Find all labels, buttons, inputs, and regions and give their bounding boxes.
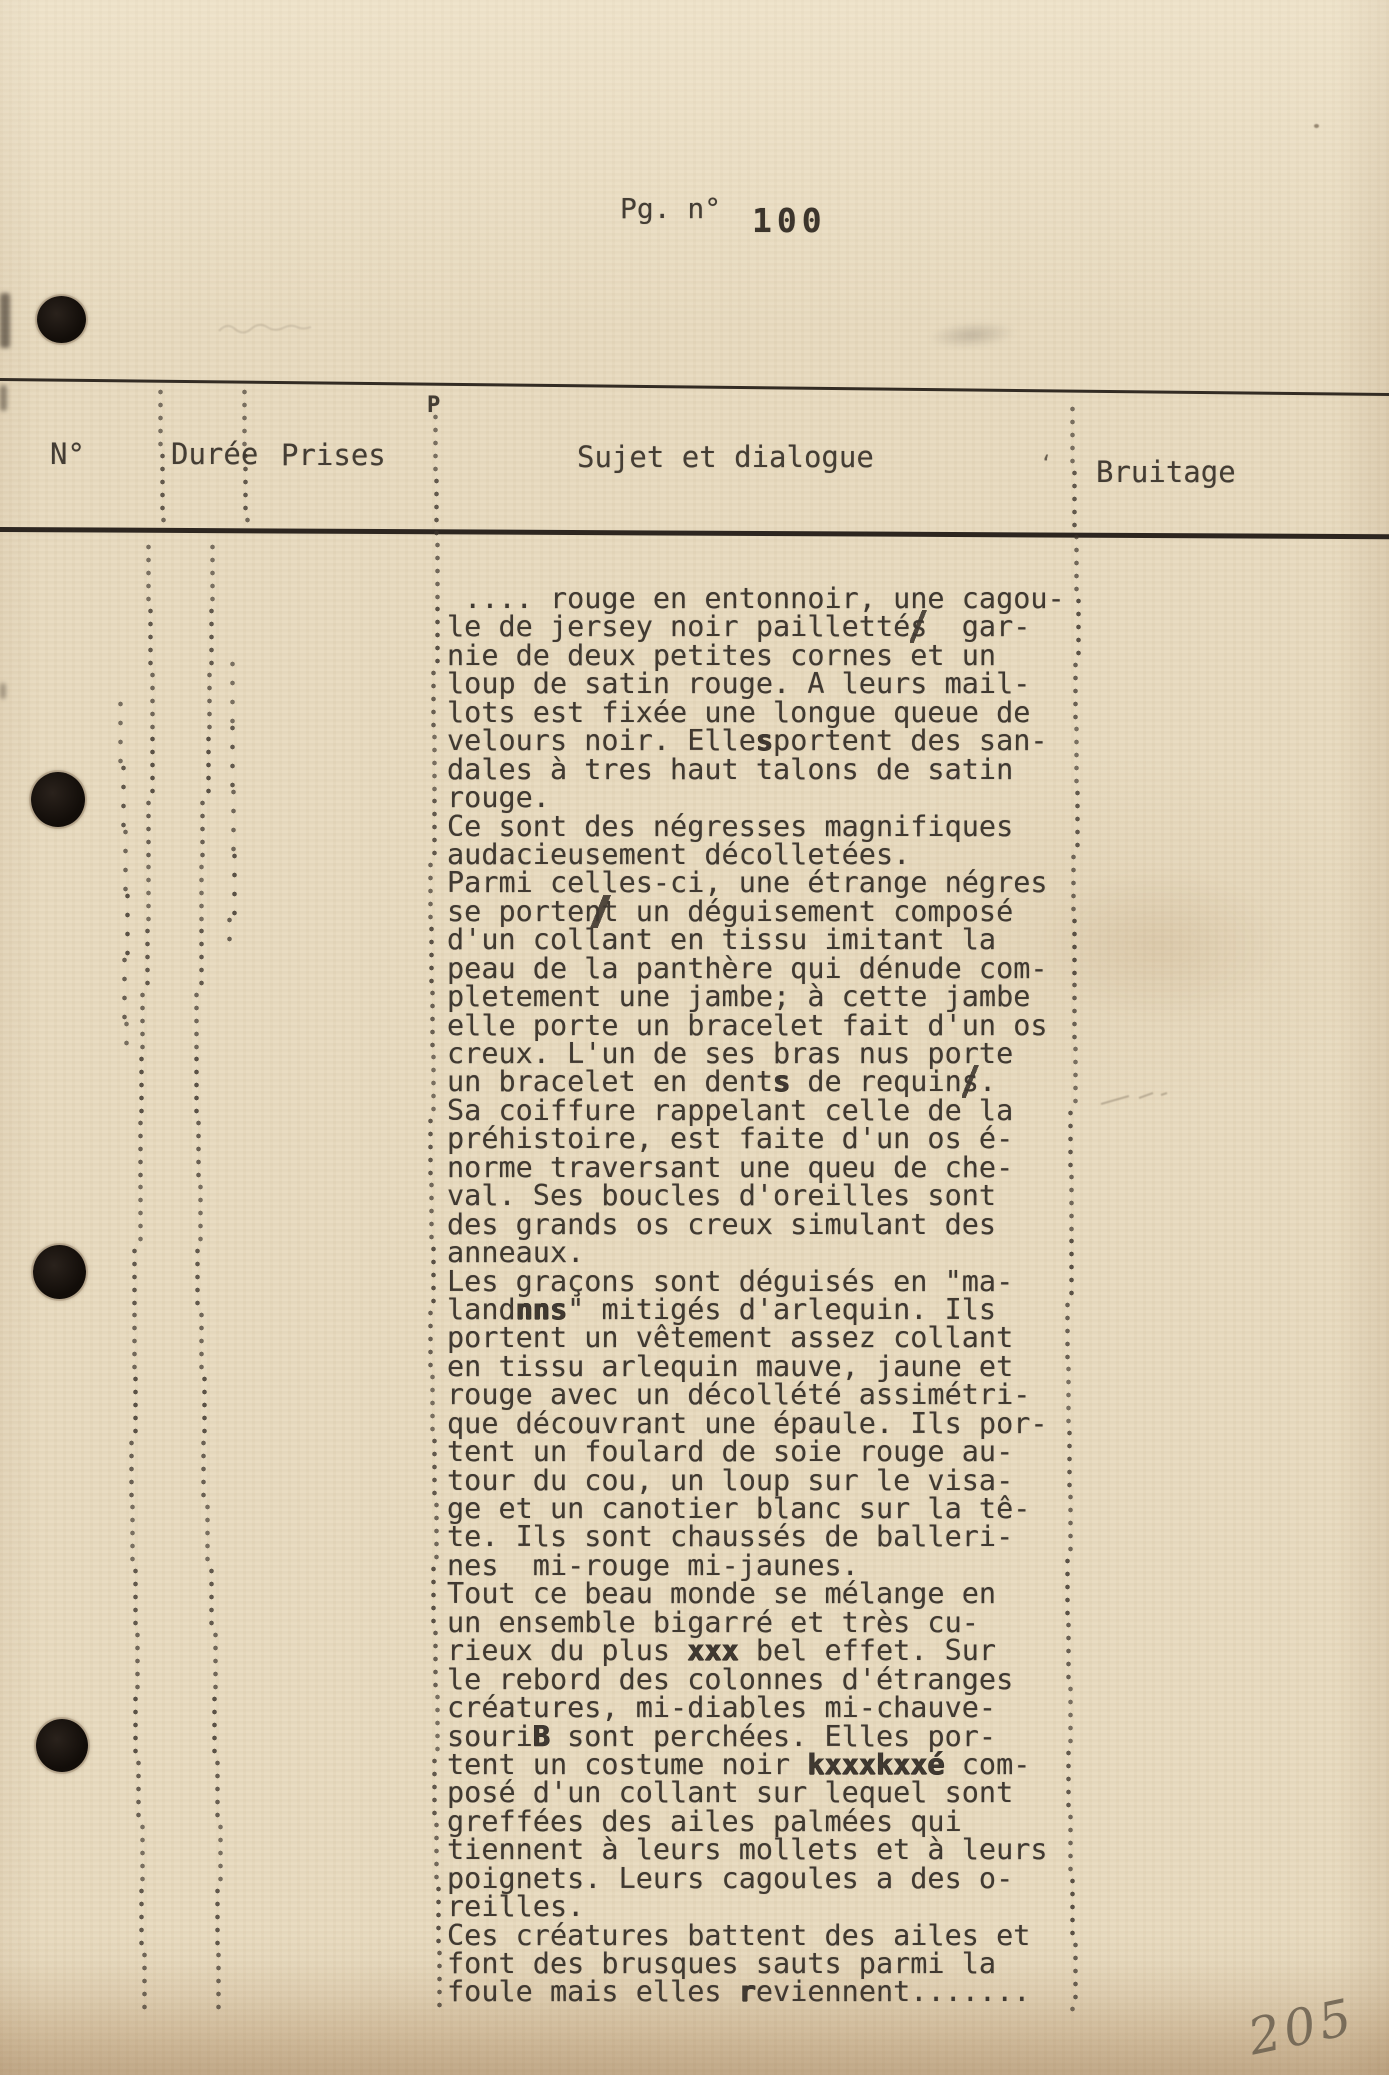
column-separator-dots <box>432 413 439 477</box>
edge-ink-streak <box>0 683 6 699</box>
script-line: nie de deux petites cornes et un <box>447 642 1065 670</box>
script-line: rouge. <box>447 784 1065 812</box>
column-separator-dots <box>1067 1685 1074 1749</box>
column-separator-dots <box>430 1245 437 1309</box>
script-line: dales à tres haut talons de satin <box>447 756 1065 784</box>
column-separator-dots <box>431 1437 438 1501</box>
column-separator-dots <box>159 452 166 516</box>
column-separator-dots <box>1072 1941 1079 2005</box>
script-line: velours noir. Ellesportent des san- <box>447 727 1065 755</box>
column-header-bruitage: Bruitage <box>1096 455 1236 489</box>
column-separator-dots <box>145 543 152 607</box>
column-separator-dots <box>431 1757 438 1821</box>
column-separator-dots <box>428 925 435 989</box>
script-line: audacieusement décolletées. <box>447 841 1065 869</box>
column-separator-dots <box>428 1181 435 1245</box>
script-line: reilles. <box>447 1893 1065 1921</box>
column-separator-dots <box>205 735 212 799</box>
column-separator-dots <box>132 1695 139 1759</box>
column-separator-dots <box>1071 917 1078 981</box>
column-separator-dots <box>122 828 129 892</box>
column-separator-dots <box>427 1309 434 1373</box>
script-line: .... rouge en entonnoir, une cagou- <box>447 585 1065 613</box>
column-separator-dots <box>435 1885 442 1949</box>
column-separator-dots <box>1075 597 1082 661</box>
column-separator-dots <box>145 799 152 863</box>
column-separator-dots <box>134 1631 141 1695</box>
column-separator-dots <box>212 1631 219 1695</box>
column-separator-dots <box>204 1503 211 1567</box>
column-separator-dots <box>1068 1173 1075 1237</box>
script-line: créatures, mi-diables mi-chauve- <box>447 1694 1065 1722</box>
column-separator-dots <box>430 669 437 733</box>
column-separator-dots <box>244 516 251 527</box>
column-separator-dots <box>430 1053 437 1117</box>
column-separator-dots <box>429 989 436 1053</box>
punch-hole-4 <box>36 1719 88 1772</box>
column-separator-dots <box>1069 2005 1076 2012</box>
punch-hole-3 <box>33 1245 86 1299</box>
script-line: préhistoire, est faite d'un os é- <box>447 1125 1065 1153</box>
column-separator-dots <box>427 861 434 925</box>
column-separator-dots <box>436 1949 443 2012</box>
column-separator-dots <box>193 1055 200 1119</box>
column-separator-dots <box>141 1951 148 2012</box>
column-separator-dots <box>1071 981 1078 1045</box>
script-line: posé d'un collant sur lequel sont <box>447 1779 1065 1807</box>
column-separator-dots <box>1071 469 1078 533</box>
script-line: en tissu arlequin mauve, jaune et <box>447 1353 1065 1381</box>
column-separator-dots <box>144 927 151 991</box>
edge-ink-streak <box>0 293 10 348</box>
column-separator-dots <box>229 724 236 788</box>
column-separator-dots <box>1073 725 1080 789</box>
column-separator-dots <box>1070 853 1077 917</box>
column-separator-dots <box>226 916 233 950</box>
scanned-script-page: Pg. n° 100 N° Durée Prises Sujet et dial… <box>0 0 1389 2075</box>
script-line: norme traversant une queu de che- <box>447 1154 1065 1182</box>
column-separator-dots <box>145 863 152 927</box>
column-separator-dots <box>1072 1045 1079 1109</box>
script-line: elle porte un bracelet fait d'un os <box>447 1012 1065 1040</box>
column-separator-dots <box>209 543 216 607</box>
column-separator-dots <box>208 1567 215 1631</box>
column-separator-dots <box>198 927 205 991</box>
column-separator-dots <box>206 671 213 735</box>
script-line: tent un costume noir kxxxkxxé com- <box>447 1751 1065 1779</box>
gray-smudge <box>927 319 1017 351</box>
column-separator-dots <box>194 1247 201 1311</box>
column-separator-dots <box>139 1823 146 1887</box>
column-separator-dots <box>135 1759 142 1823</box>
column-separator-dots <box>217 1823 224 1887</box>
column-separator-dots <box>214 1759 221 1823</box>
ink-speck <box>1314 124 1319 128</box>
script-line: poignets. Leurs cagoules a des o- <box>447 1865 1065 1893</box>
column-separator-dots <box>198 1311 205 1375</box>
script-line: foule mais elles reviennent....... <box>447 1978 1065 2006</box>
script-line: un ensemble bigarré et très cu- <box>447 1609 1065 1637</box>
column-separator-dots <box>231 852 238 916</box>
column-separator-dots <box>1065 1621 1072 1685</box>
column-separator-dots <box>138 1055 145 1119</box>
column-separator-dots <box>230 788 237 852</box>
script-line: se portent un déguisement composé <box>447 898 1065 926</box>
column-separator-dots <box>117 700 124 764</box>
table-header-rule <box>0 527 1389 539</box>
column-separator-dots <box>1065 1749 1072 1813</box>
column-separator-dots <box>147 607 154 671</box>
script-line: un bracelet en dents de requins. <box>447 1068 1065 1096</box>
script-line: loup de satin rouge. A leurs mail- <box>447 670 1065 698</box>
script-line: portent un vêtement assez collant <box>447 1324 1065 1352</box>
column-separator-dots <box>1064 1301 1071 1365</box>
column-separator-dots <box>157 388 164 452</box>
punch-hole-2 <box>31 772 85 827</box>
column-separator-dots <box>199 799 206 863</box>
column-separator-dots <box>434 605 441 669</box>
column-separator-dots <box>1067 1813 1074 1877</box>
column-separator-dots <box>138 1887 145 1951</box>
script-line: le rebord des colonnes d'étranges <box>447 1666 1065 1694</box>
script-line: te. Ils sont chaussés de balleri- <box>447 1523 1065 1551</box>
faint-pencil-scribble <box>215 315 325 341</box>
column-separator-dots <box>1073 533 1080 597</box>
script-line: rieux du plus xxx bel effet. Sur <box>447 1637 1065 1665</box>
column-separator-dots <box>131 1247 138 1311</box>
column-separator-dots <box>1069 1877 1076 1941</box>
column-separator-dots <box>1064 1557 1071 1621</box>
column-separator-dots <box>1069 405 1076 469</box>
column-separator-dots <box>1066 1429 1073 1493</box>
column-separator-dots <box>429 1373 436 1437</box>
script-line: pletement une jambe; à cette jambe <box>447 983 1065 1011</box>
column-header-no: N° <box>50 437 85 471</box>
column-separator-dots <box>229 660 236 724</box>
column-header-sujet-et-dialogue: Sujet et dialogue <box>577 440 874 474</box>
script-line: landnns" mitigés d'arlequin. Ils <box>447 1296 1065 1324</box>
column-separator-dots <box>431 733 438 797</box>
column-separator-dots <box>201 1375 208 1439</box>
column-separator-dots <box>241 388 248 452</box>
column-separator-dots <box>124 892 131 956</box>
page-title-number: 100 <box>752 201 827 240</box>
column-separator-dots <box>433 1821 440 1885</box>
page-title-label: Pg. n° <box>620 192 721 225</box>
script-line: greffées des ailes palmées qui <box>447 1808 1065 1836</box>
column-separator-dots <box>149 671 156 735</box>
column-separator-dots <box>123 1020 130 1050</box>
table-top-rule <box>0 378 1389 396</box>
column-separator-dots <box>198 863 205 927</box>
column-separator-dots <box>139 991 146 1055</box>
column-separator-dots <box>434 1693 441 1757</box>
column-separator-dots <box>195 1119 202 1183</box>
column-separator-dots <box>129 1503 136 1567</box>
column-separator-dots <box>1067 1109 1074 1173</box>
script-line: rouge avec un décollété assimétri- <box>447 1381 1065 1409</box>
script-line: souriB sont perchées. Elles por- <box>447 1723 1065 1751</box>
script-line: val. Ses boucles d'oreilles sont <box>447 1182 1065 1210</box>
script-line: lots est fixée une longue queue de <box>447 699 1065 727</box>
script-line: Sa coiffure rappelant celle de la <box>447 1097 1065 1125</box>
script-text: .... rouge en entonnoir, une cagou-le de… <box>447 585 1065 2007</box>
column-separator-dots <box>200 1439 207 1503</box>
column-separator-dots <box>128 1439 135 1503</box>
script-line: creux. L'un de ses bras nus porte <box>447 1040 1065 1068</box>
column-separator-dots <box>1065 1365 1072 1429</box>
column-separator-dots <box>193 991 200 1055</box>
script-line: que découvrant une épaule. Ils por- <box>447 1410 1065 1438</box>
script-line: d'un collant en tissu imitant la <box>447 926 1065 954</box>
column-header-prises: Prises <box>281 438 386 472</box>
column-separator-dots <box>427 1117 434 1181</box>
column-separator-dots <box>121 956 128 1020</box>
column-separator-dots <box>1072 661 1079 725</box>
column-separator-dots <box>197 1183 204 1247</box>
script-line: ge et un canotier blanc sur la tê- <box>447 1495 1065 1523</box>
column-separator-dots <box>131 1311 138 1375</box>
column-separator-dots <box>211 1695 218 1759</box>
script-line: tent un foulard de soie rouge au- <box>447 1438 1065 1466</box>
column-separator-dots <box>137 1183 144 1247</box>
column-separator-dots <box>433 477 440 541</box>
script-line: Les graçons sont déguisés en "ma- <box>447 1268 1065 1296</box>
stray-mark: ‘ <box>1040 451 1052 475</box>
pencil-dash-marks <box>1095 1080 1195 1114</box>
column-separator-dots <box>137 1119 144 1183</box>
script-line: le de jersey noir paillettés gar- <box>447 613 1065 641</box>
column-separator-dots <box>215 1951 222 2012</box>
column-separator-dots <box>1074 789 1081 853</box>
punch-hole-1 <box>37 296 86 343</box>
column-separator-dots <box>242 452 249 516</box>
column-separator-dots <box>120 764 127 828</box>
column-separator-dots <box>208 607 215 671</box>
column-separator-dots <box>430 1565 437 1629</box>
script-line: Parmi celles-ci, une étrange négres <box>447 869 1065 897</box>
script-line: peau de la panthère qui dénude com- <box>447 955 1065 983</box>
column-separator-dots <box>149 735 156 799</box>
script-line: Tout ce beau monde se mélange en <box>447 1580 1065 1608</box>
script-line: tour du cou, un loup sur le visa- <box>447 1467 1065 1495</box>
column-separator-dots <box>434 541 441 605</box>
script-line: des grands os creux simulant des <box>447 1211 1065 1239</box>
column-separator-dots <box>132 1567 139 1631</box>
column-separator-dots <box>431 797 438 861</box>
column-separator-dots <box>132 1375 139 1439</box>
script-line: nes mi-rouge mi-jaunes. <box>447 1552 1065 1580</box>
script-line: Ce sont des négresses magnifiques <box>447 813 1065 841</box>
script-line: tiennent à leurs mollets et à leurs <box>447 1836 1065 1864</box>
column-separator-dots <box>432 1629 439 1693</box>
column-separator-dots <box>160 516 167 527</box>
script-line: font des brusques sauts parmi la <box>447 1950 1065 1978</box>
edge-ink-streak <box>0 385 7 411</box>
script-line: anneaux. <box>447 1239 1065 1267</box>
script-line: Ces créatures battent des ailes et <box>447 1922 1065 1950</box>
column-separator-dots <box>433 1501 440 1565</box>
column-separator-dots <box>214 1887 221 1951</box>
column-separator-dots <box>1068 1237 1075 1301</box>
column-separator-dots <box>1067 1493 1074 1557</box>
